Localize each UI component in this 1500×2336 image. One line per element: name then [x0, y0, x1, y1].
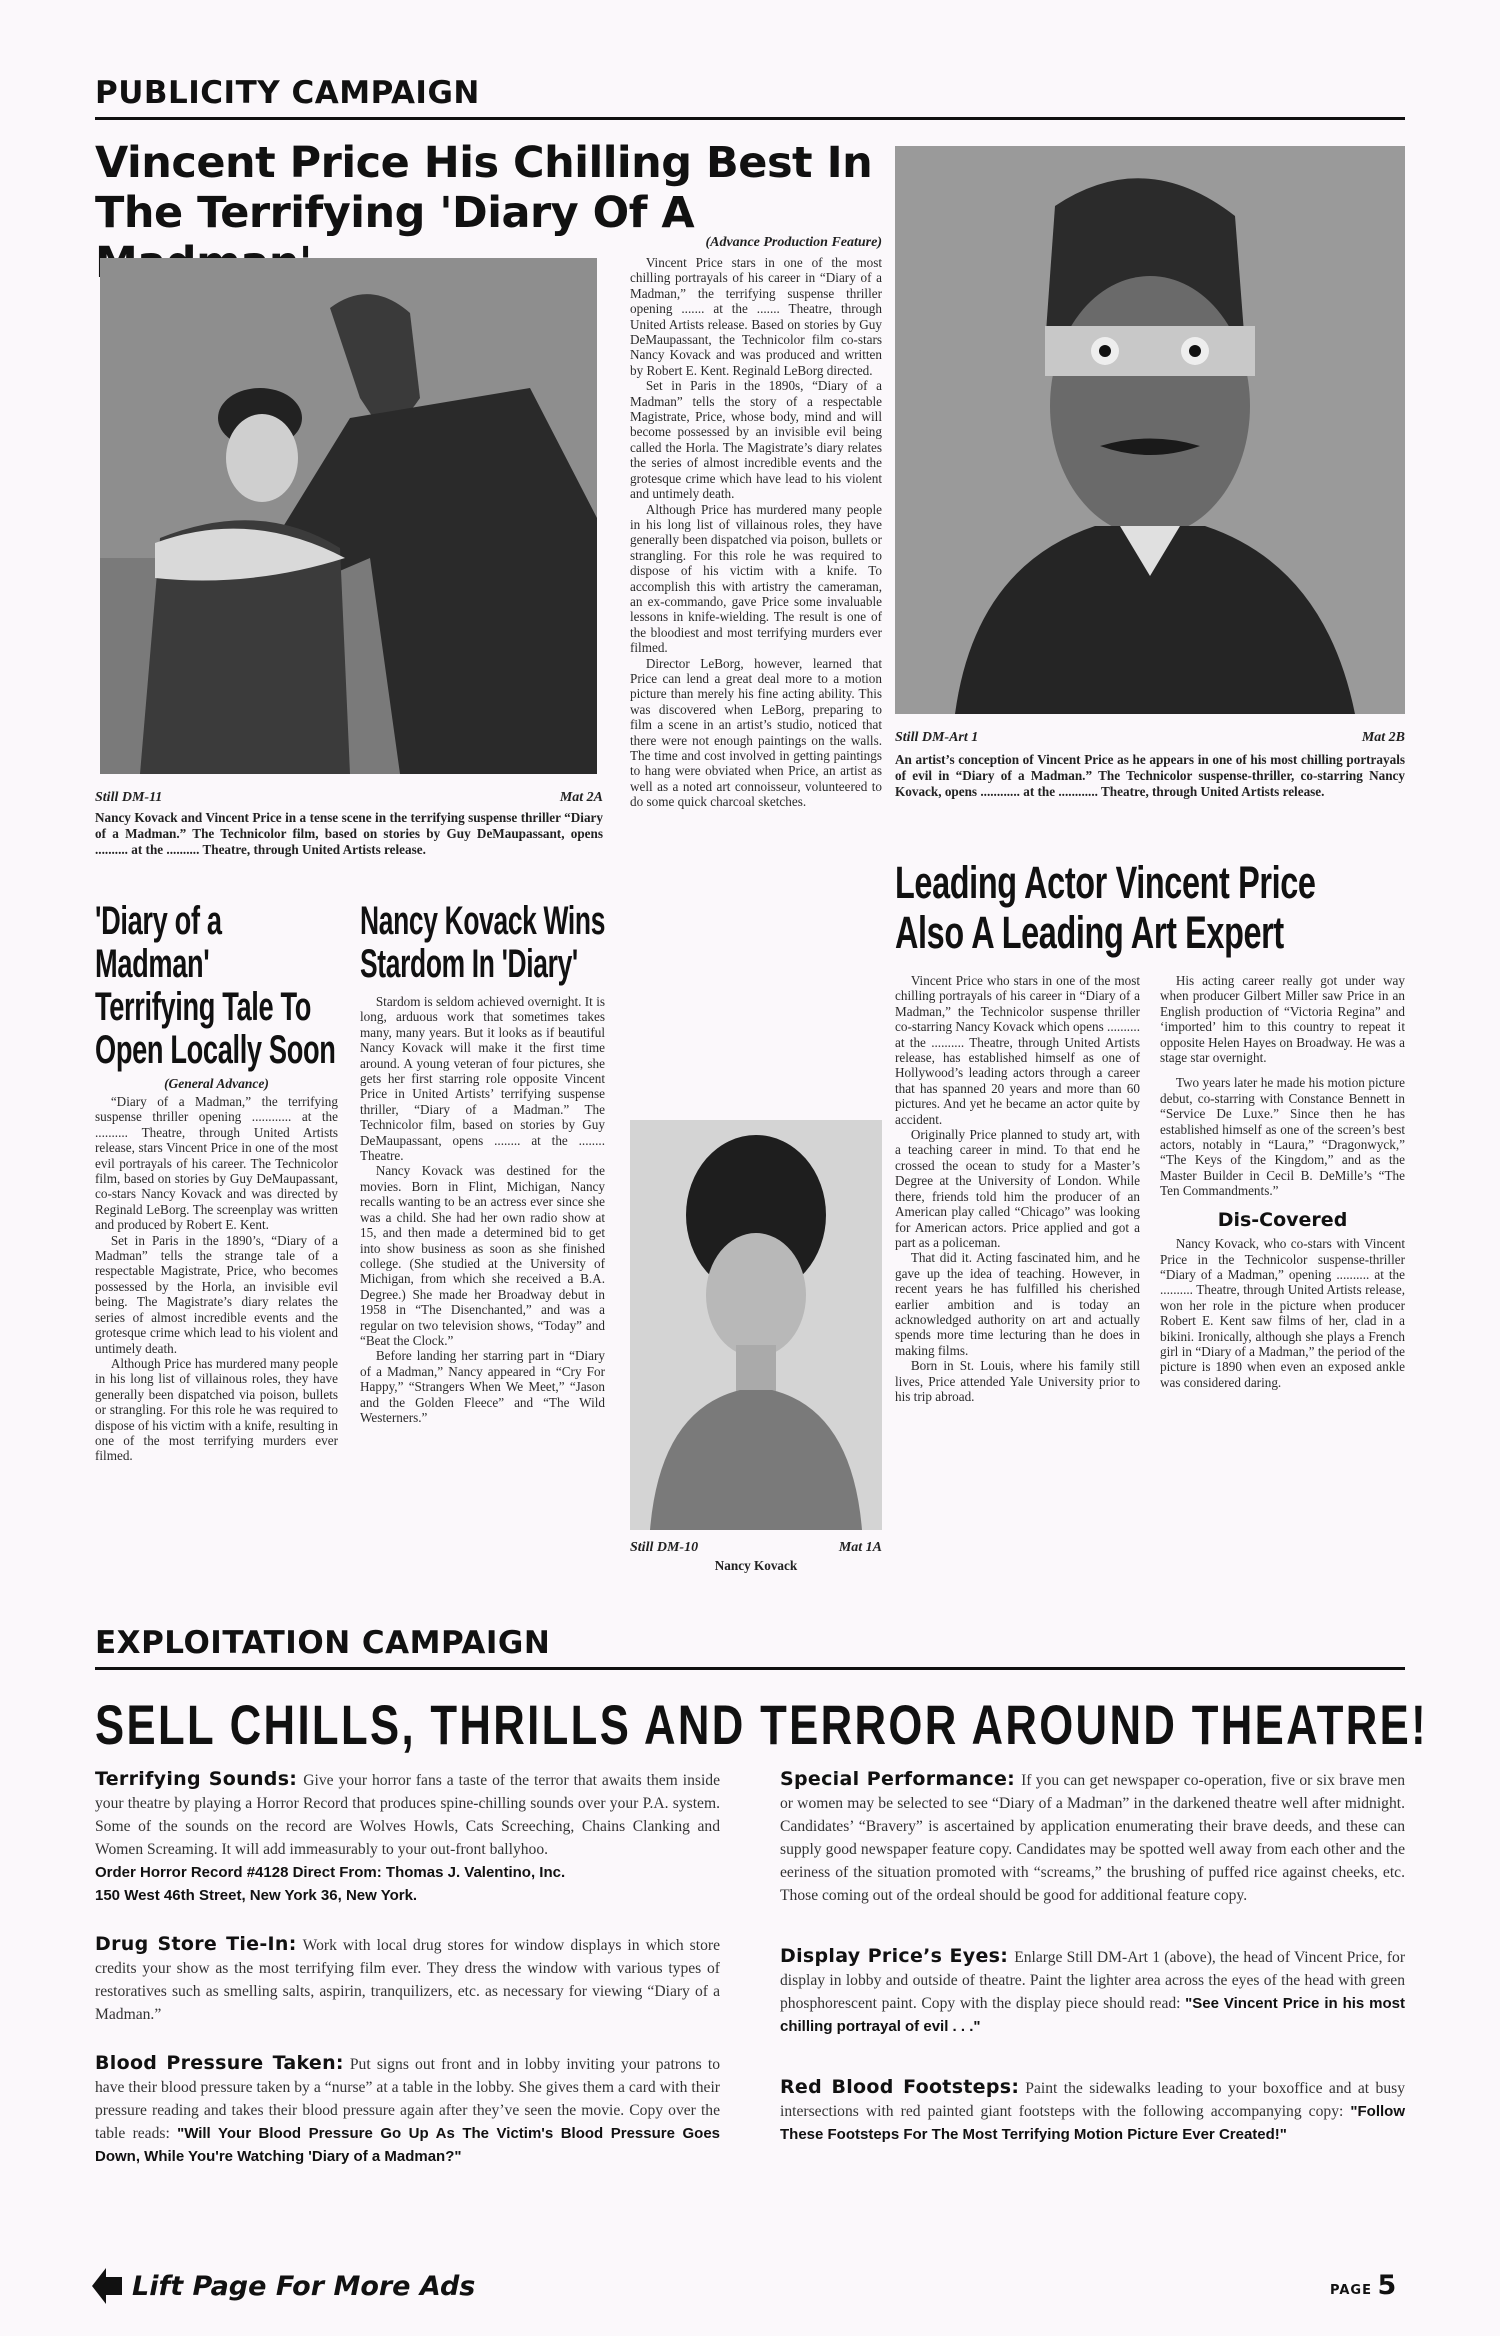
headline-line: Also A Leading Art Expert	[895, 908, 1413, 958]
article-body: “Diary of a Madman,” the terrifying susp…	[95, 1094, 338, 1464]
headline-line: Leading Actor Vincent Price	[895, 858, 1413, 908]
paragraph: His acting career really got under way w…	[1160, 973, 1405, 1065]
item-lead: Terrifying Sounds:	[95, 1768, 297, 1790]
exploitation-right-column: Special Performance:If you can get newsp…	[780, 1768, 1405, 2146]
exploitation-item-display-eyes: Display Price’s Eyes:Enlarge Still DM-Ar…	[780, 1945, 1405, 2038]
main-article: (Advance Production Feature) Vincent Pri…	[630, 235, 882, 810]
item-quote: "Will Your Blood Pressure Go Up As The V…	[95, 2125, 720, 2165]
page-label: PAGE	[1330, 2283, 1372, 2298]
section-rule	[95, 1667, 1405, 1670]
portrait-illustration	[895, 146, 1405, 714]
exploitation-headline: SELL CHILLS, THRILLS AND TERROR AROUND T…	[95, 1692, 1437, 1757]
article-headline: Nancy Kovack Wins Stardom In 'Diary'	[360, 900, 611, 986]
exploitation-section-title: EXPLOITATION CAMPAIGN	[95, 1625, 550, 1661]
exploitation-item-drug-store: Drug Store Tie-In:Work with local drug s…	[95, 1933, 720, 2026]
mat-label: Mat 2B	[1362, 730, 1405, 746]
caption-text: An artist’s conception of Vincent Price …	[895, 752, 1405, 800]
still-dm-10-caption: Still DM-10 Mat 1A Nancy Kovack	[630, 1540, 882, 1574]
paragraph: Vincent Price stars in one of the most c…	[630, 255, 882, 378]
item-lead: Drug Store Tie-In:	[95, 1933, 297, 1955]
left-arrow-icon	[92, 2268, 122, 2304]
item-text: If you can get newspaper co-operation, f…	[780, 1772, 1405, 1904]
headline-line: Nancy Kovack Wins	[360, 900, 611, 943]
paragraph: Born in St. Louis, where his family stil…	[895, 1358, 1140, 1404]
paragraph: Set in Paris in the 1890’s, “Diary of a …	[95, 1233, 338, 1356]
paragraph: Set in Paris in the 1890s, “Diary of a M…	[630, 378, 882, 501]
order-line: Order Horror Record #4128 Direct From: T…	[95, 1861, 720, 1884]
headline-line: Open Locally Soon	[95, 1029, 340, 1072]
section-rule	[95, 117, 1405, 120]
headline-line: 'Diary of a Madman'	[95, 900, 340, 986]
page-number: PAGE 5	[1330, 2270, 1396, 2301]
exploitation-left-column: Terrifying Sounds:Give your horror fans …	[95, 1768, 720, 2168]
mat-label: Mat 2A	[560, 790, 603, 806]
still-label: Still DM-Art 1	[895, 730, 978, 746]
still-dm-art-1-caption: Still DM-Art 1 Mat 2B An artist’s concep…	[895, 730, 1405, 800]
art-expert-headline: Leading Actor Vincent Price Also A Leadi…	[895, 858, 1413, 958]
headline-line: Stardom In 'Diary'	[360, 943, 611, 986]
mat-label: Mat 1A	[839, 1540, 882, 1556]
article-kovack-stardom: Nancy Kovack Wins Stardom In 'Diary' Sta…	[360, 900, 605, 1425]
publicity-section-title: PUBLICITY CAMPAIGN	[95, 75, 480, 111]
exploitation-item-terrifying-sounds: Terrifying Sounds:Give your horror fans …	[95, 1768, 720, 1907]
caption-text: Nancy Kovack and Vincent Price in a tens…	[95, 810, 603, 858]
lift-page-link[interactable]: Lift Page For More Ads	[92, 2268, 475, 2304]
paragraph: That did it. Acting fascinated him, and …	[895, 1250, 1140, 1358]
main-article-body: Vincent Price stars in one of the most c…	[630, 255, 882, 810]
photo-scene-illustration	[100, 258, 597, 774]
article-kicker: (General Advance)	[95, 1076, 338, 1092]
item-lead: Red Blood Footsteps:	[780, 2076, 1019, 2098]
still-dm-11-photo	[100, 258, 597, 774]
article-kicker: (Advance Production Feature)	[630, 235, 882, 251]
lift-page-label: Lift Page For More Ads	[132, 2271, 475, 2302]
article-body: Stardom is seldom achieved overnight. It…	[360, 994, 605, 1425]
main-headline-line-1: Vincent Price His Chilling Best In	[95, 138, 885, 188]
still-label: Still DM-11	[95, 790, 162, 806]
still-label: Still DM-10	[630, 1540, 698, 1556]
paragraph: Stardom is seldom achieved overnight. It…	[360, 994, 605, 1163]
art-expert-column-1: Vincent Price who stars in one of the mo…	[895, 973, 1140, 1404]
dis-covered-subhead: Dis-Covered	[1160, 1213, 1405, 1228]
paragraph: Originally Price planned to study art, w…	[895, 1127, 1140, 1250]
still-dm-art-1-portrait	[895, 146, 1405, 714]
headline-line: Terrifying Tale To	[95, 986, 340, 1029]
paragraph: Nancy Kovack, who co-stars with Vincent …	[1160, 1236, 1405, 1390]
item-lead: Display Price’s Eyes:	[780, 1945, 1008, 1967]
portrait-illustration	[630, 1120, 882, 1530]
caption-text: Nancy Kovack	[630, 1558, 882, 1574]
item-lead: Special Performance:	[780, 1768, 1015, 1790]
exploitation-item-special-performance: Special Performance:If you can get newsp…	[780, 1768, 1405, 1907]
paragraph: Nancy Kovack was destined for the movies…	[360, 1163, 605, 1348]
still-dm-11-caption: Still DM-11 Mat 2A Nancy Kovack and Vinc…	[95, 790, 603, 858]
order-address: 150 West 46th Street, New York 36, New Y…	[95, 1884, 720, 1907]
still-dm-10-photo	[630, 1120, 882, 1530]
paragraph: Vincent Price who stars in one of the mo…	[895, 973, 1140, 1127]
paragraph: Although Price has murdered many people …	[630, 502, 882, 656]
paragraph: Director LeBorg, however, learned that P…	[630, 656, 882, 810]
paragraph: Although Price has murdered many people …	[95, 1356, 338, 1464]
art-expert-column-2: His acting career really got under way w…	[1160, 973, 1405, 1390]
article-diary-tale: 'Diary of a Madman' Terrifying Tale To O…	[95, 900, 338, 1464]
page-number-value: 5	[1378, 2270, 1397, 2301]
paragraph: “Diary of a Madman,” the terrifying susp…	[95, 1094, 338, 1233]
paragraph: Before landing her starring part in “Dia…	[360, 1348, 605, 1425]
item-lead: Blood Pressure Taken:	[95, 2052, 344, 2074]
exploitation-item-red-footsteps: Red Blood Footsteps:Paint the sidewalks …	[780, 2076, 1405, 2146]
paragraph: Two years later he made his motion pictu…	[1160, 1075, 1405, 1198]
article-headline: 'Diary of a Madman' Terrifying Tale To O…	[95, 900, 340, 1072]
exploitation-item-blood-pressure: Blood Pressure Taken:Put signs out front…	[95, 2052, 720, 2168]
